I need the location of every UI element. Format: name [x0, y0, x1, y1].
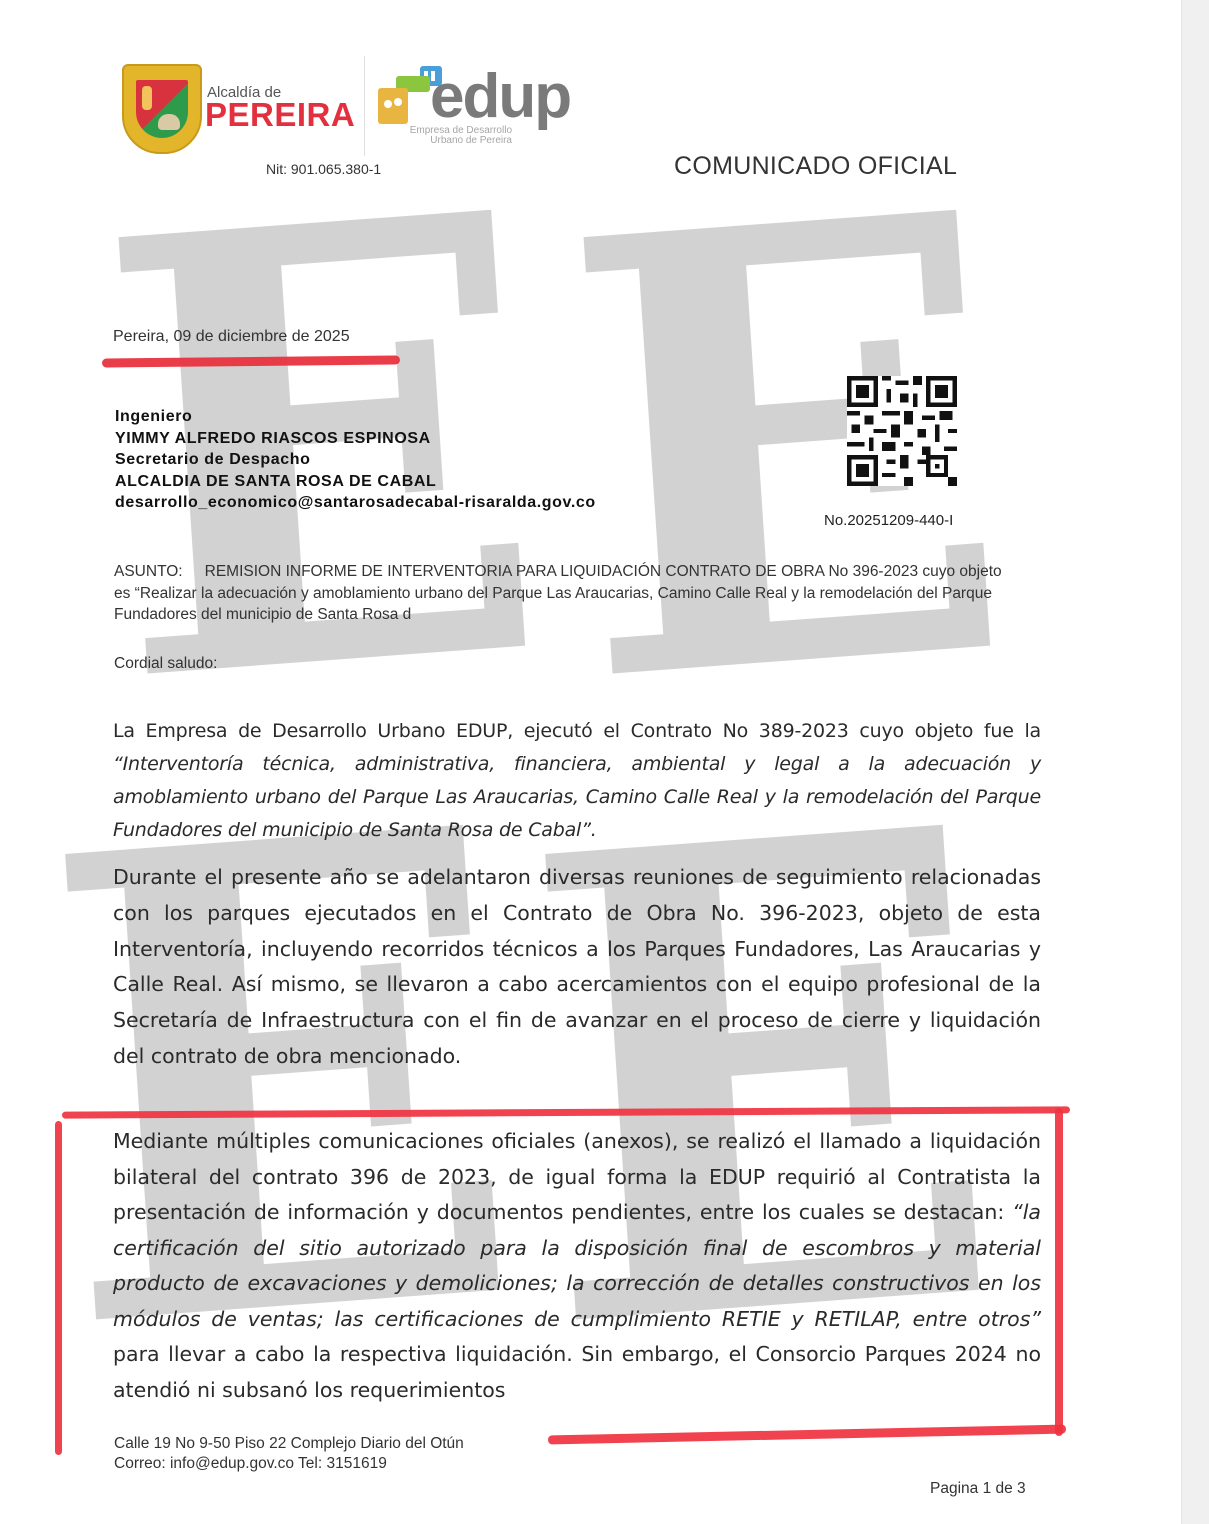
paragraph-2: Durante el presente año se adelantaron d…: [113, 860, 1041, 1075]
recipient-email: desarrollo_economico@santarosadecabal-ri…: [115, 492, 596, 514]
recipient-position: Secretario de Despacho: [115, 449, 596, 471]
edup-subtitle-line: Urbano de Pereira: [408, 136, 512, 146]
nit-number: Nit: 901.065.380-1: [266, 161, 381, 177]
edup-wordmark: edup: [430, 66, 570, 128]
paragraph-text: Mediante múltiples comunicaciones oficia…: [113, 1129, 1041, 1224]
paragraph-3: Mediante múltiples comunicaciones oficia…: [113, 1124, 1041, 1408]
footer-address: Calle 19 No 9-50 Piso 22 Complejo Diario…: [114, 1434, 464, 1454]
letter-date: Pereira, 09 de diciembre de 2025: [113, 328, 350, 346]
subject-text: REMISION INFORME DE INTERVENTORIA PARA L…: [114, 563, 1002, 623]
paragraph-text: para llevar a cabo la respectiva liquida…: [113, 1342, 1041, 1402]
paragraph-quote: “Interventoría técnica, administrativa, …: [113, 753, 1041, 841]
annotation-box-right: [1055, 1108, 1063, 1436]
pereira-wordmark: PEREIRA: [205, 96, 355, 134]
page-number: Pagina 1 de 3: [930, 1480, 1026, 1498]
document-title: COMUNICADO OFICIAL: [674, 152, 957, 181]
subject-block: ASUNTO:REMISION INFORME DE INTERVENTORIA…: [114, 561, 1014, 626]
qr-code-icon: [846, 376, 958, 486]
footer-contact: Calle 19 No 9-50 Piso 22 Complejo Diario…: [114, 1434, 464, 1474]
paragraph-1: La Empresa de Desarrollo Urbano EDUP, ej…: [113, 715, 1041, 847]
radicado-number: No.20251209-440-I: [824, 512, 953, 529]
pereira-coat-of-arms-icon: [122, 64, 202, 154]
subject-label: ASUNTO:: [114, 563, 183, 580]
recipient-name: YIMMY ALFREDO RIASCOS ESPINOSA: [115, 428, 596, 450]
recipient-title: Ingeniero: [115, 406, 596, 428]
logo-divider: [364, 56, 365, 156]
recipient-entity: ALCALDIA DE SANTA ROSA DE CABAL: [115, 471, 596, 493]
greeting: Cordial saludo:: [114, 655, 217, 673]
recipient-block: Ingeniero YIMMY ALFREDO RIASCOS ESPINOSA…: [115, 406, 596, 514]
annotation-box-left: [55, 1121, 62, 1455]
viewer-side-strip: [1181, 0, 1209, 1524]
footer-email-phone: Correo: info@edup.gov.co Tel: 3151619: [114, 1454, 464, 1474]
paragraph-text: La Empresa de Desarrollo Urbano EDUP, ej…: [113, 720, 1041, 742]
edup-subtitle: Empresa de Desarrollo Urbano de Pereira: [408, 126, 512, 146]
